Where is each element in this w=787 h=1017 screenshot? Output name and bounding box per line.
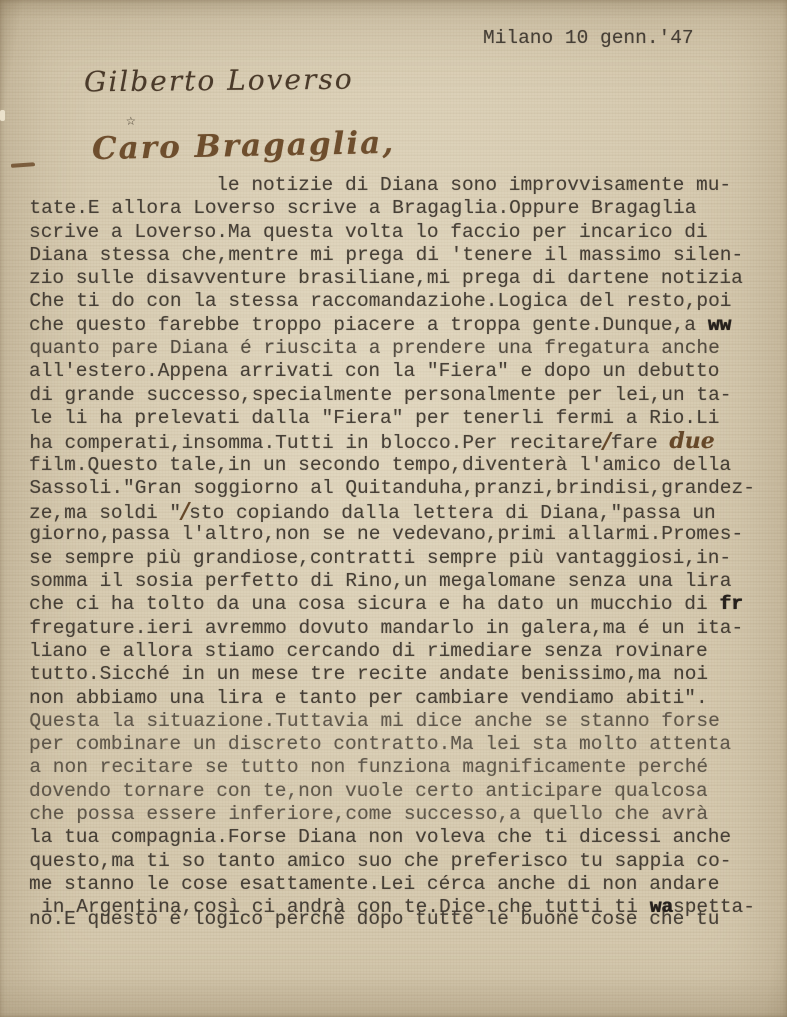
star-icon: ☆	[126, 110, 136, 130]
typed-line: film.Questo tale,in un secondo tempo,div…	[29, 454, 787, 477]
typed-line: a non recitare se tutto non funziona mag…	[29, 756, 787, 779]
typed-line: tutto.Sicché in un mese tre recite andat…	[29, 663, 787, 686]
typed-text: fare	[611, 432, 670, 454]
typed-text: questo,ma ti so tanto amico suo che pref…	[29, 850, 731, 872]
typed-line: giorno,passa l'altro,non se ne vedevano,…	[29, 523, 787, 546]
typed-text: fr	[719, 593, 742, 615]
typed-text: scrive a Loverso.Ma questa volta lo facc…	[29, 221, 708, 243]
handwritten-insert: due	[669, 428, 714, 454]
typed-text: se sempre più grandiose,contratti sempre…	[29, 547, 731, 569]
typed-text: le li ha prelevati dalla "Fiera" per ten…	[29, 407, 719, 429]
handwritten-insert: ∕	[181, 498, 189, 524]
typed-text: che questo farebbe troppo piacere a trop…	[29, 314, 708, 336]
typed-line: non abbiamo una lira e tanto per cambiar…	[29, 687, 787, 710]
typed-text: liano e allora stiamo cercando di rimedi…	[29, 640, 708, 662]
typed-line: Che ti do con la stessa raccomandaziohe.…	[29, 290, 787, 313]
salutation-handwritten: Caro Bragaglia,	[92, 125, 396, 167]
typed-text: Sassoli."Gran soggiorno al Quitanduha,pr…	[29, 477, 755, 499]
typed-text: di grande successo,specialmente personal…	[29, 384, 731, 406]
letter-page: Milano 10 genn.'47 Gilberto Loverso ☆ Ca…	[0, 0, 787, 1017]
typed-text: Che ti do con la stessa raccomandaziohe.…	[29, 290, 731, 312]
typed-text: film.Questo tale,in un secondo tempo,div…	[29, 454, 731, 476]
typed-text: all'estero.Appena arrivati con la "Fiera…	[29, 360, 719, 382]
typed-line: in Argentina,così ci andrà con te.Dice c…	[29, 896, 787, 919]
paper-flaw	[0, 110, 5, 121]
typed-text: a non recitare se tutto non funziona mag…	[29, 756, 708, 778]
typed-line: fregature.ieri avremmo dovuto mandarlo i…	[29, 617, 787, 640]
typed-line: tate.E allora Loverso scrive a Bragaglia…	[29, 197, 787, 220]
typed-line: la tua compagnia.Forse Diana non voleva …	[29, 826, 787, 849]
typed-line: all'estero.Appena arrivati con la "Fiera…	[29, 360, 787, 383]
typed-text: ha comperati,insomma.Tutti in blocco.Per…	[29, 432, 602, 454]
typed-line: per combinare un discreto contratto.Ma l…	[29, 733, 787, 756]
typed-line: Diana stessa che,mentre mi prega di 'ten…	[29, 244, 787, 267]
typed-text: giorno,passa l'altro,non se ne vedevano,…	[29, 523, 743, 545]
typed-text: fregature.ieri avremmo dovuto mandarlo i…	[29, 617, 743, 639]
letter-body: le notizie di Diana sono improvvisamente…	[29, 174, 787, 931]
typed-text: non abbiamo una lira e tanto per cambiar…	[29, 687, 708, 709]
typed-line: se sempre più grandiose,contratti sempre…	[29, 547, 787, 570]
typed-text: me stanno le cose esattamente.Lei cérca …	[29, 873, 719, 895]
typed-line: Questa la situazione.Tuttavia mi dice an…	[29, 710, 787, 733]
typed-text: che possa essere inferiore,come successo…	[29, 803, 708, 825]
ink-dash-mark	[11, 162, 35, 168]
typed-line: che possa essere inferiore,come successo…	[29, 803, 787, 826]
typed-line: Sassoli."Gran soggiorno al Quitanduha,pr…	[29, 477, 787, 500]
typed-text: le notizie di Diana sono improvvisamente…	[29, 174, 731, 196]
typed-line: di grande successo,specialmente personal…	[29, 384, 787, 407]
typed-line: liano e allora stiamo cercando di rimedi…	[29, 640, 787, 663]
typed-line: le li ha prelevati dalla "Fiera" per ten…	[29, 407, 787, 430]
typed-text: che ci ha tolto da una cosa sicura e ha …	[29, 593, 719, 615]
typed-text: in Argentina,così ci andrà con te.Dice c…	[29, 896, 649, 918]
letterhead-name: Gilberto Loverso	[84, 63, 354, 99]
typed-line: le notizie di Diana sono improvvisamente…	[29, 174, 787, 197]
typed-text: somma il sosia perfetto di Rino,un megal…	[29, 570, 731, 592]
date-line: Milano 10 genn.'47	[483, 27, 694, 49]
typed-line: somma il sosia perfetto di Rino,un megal…	[29, 570, 787, 593]
typed-text: per combinare un discreto contratto.Ma l…	[29, 733, 731, 755]
typed-text: tutto.Sicché in un mese tre recite andat…	[29, 663, 708, 685]
typed-line: quanto pare Diana é riuscita a prendere …	[29, 337, 787, 360]
typed-text: ze,ma soldi "	[29, 502, 181, 524]
typed-text: ww	[708, 314, 731, 336]
typed-text: sto copiando dalla lettera di Diana,"pas…	[189, 502, 716, 524]
typed-text: quanto pare Diana é riuscita a prendere …	[29, 337, 719, 359]
typed-line: questo,ma ti so tanto amico suo che pref…	[29, 850, 787, 873]
typed-text: spetta-	[673, 896, 755, 918]
typed-line: che ci ha tolto da una cosa sicura e ha …	[29, 593, 787, 616]
typed-text: dovendo tornare con te,non vuole certo a…	[29, 780, 708, 802]
typed-text: Diana stessa che,mentre mi prega di 'ten…	[29, 244, 743, 266]
typed-line: me stanno le cose esattamente.Lei cérca …	[29, 873, 787, 896]
typed-text: tate.E allora Loverso scrive a Bragaglia…	[29, 197, 696, 219]
typed-text: la tua compagnia.Forse Diana non voleva …	[29, 826, 731, 848]
typed-line: che questo farebbe troppo piacere a trop…	[29, 314, 787, 337]
typed-line: dovendo tornare con te,non vuole certo a…	[29, 780, 787, 803]
typed-text: wa	[650, 896, 673, 918]
typed-text: zio sulle disavventure brasiliane,mi pre…	[29, 267, 743, 289]
typed-text: Questa la situazione.Tuttavia mi dice an…	[29, 710, 719, 732]
typed-line: zio sulle disavventure brasiliane,mi pre…	[29, 267, 787, 290]
typed-line: scrive a Loverso.Ma questa volta lo facc…	[29, 221, 787, 244]
typed-line: ze,ma soldi "∕sto copiando dalla lettera…	[29, 500, 787, 523]
typed-line: ha comperati,insomma.Tutti in blocco.Per…	[29, 430, 787, 453]
